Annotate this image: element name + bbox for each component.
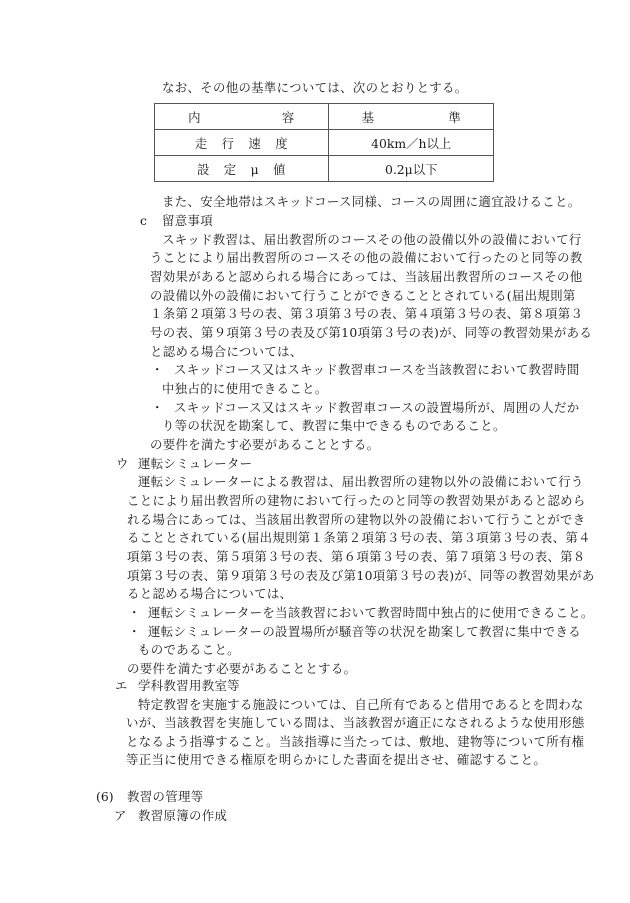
paragraph-line: 等正当に使用できる権原を明らかにした書面を提出させ、確認すること。 bbox=[126, 752, 546, 767]
paragraph-line: 習効果があると認められる場合にあっては、当該届出教習所のコースその他 bbox=[150, 269, 582, 284]
bullet-text: 運転シミュレーターを当該教習において教習時間中独占的に使用できること。 bbox=[148, 605, 594, 620]
bullet-text: り等の状況を勘案して、教習に集中できるものであること。 bbox=[162, 418, 506, 433]
section-u-marker: ウ bbox=[116, 456, 128, 471]
document-page: なお、その他の基準については、次のとおりとする。 内 容 基 準 走 行 速 度… bbox=[0, 0, 630, 903]
paragraph-line: 特定教習を実施する施設については、自己所有であると借用であるとを問わな bbox=[138, 697, 584, 712]
bullet-text: 中独占的に使用できること。 bbox=[162, 381, 328, 396]
table-cell-item: 設 定 μ 値 bbox=[155, 156, 329, 182]
paragraph-line: ると認める場合については、 bbox=[127, 586, 292, 601]
bullet-text: スキッドコース又はスキッド教習車コースを当該教習において教習時間 bbox=[174, 362, 579, 377]
table-cell-item: 走 行 速 度 bbox=[155, 130, 329, 156]
table-header-content: 内 容 bbox=[155, 104, 329, 130]
paragraph-line: の設備以外の設備において行うことができることとされている(届出規則第 bbox=[150, 288, 576, 303]
paragraph-line: 項第３号の表、第５項第３号の表、第６項第３号の表、第７項第３号の表、第８ bbox=[127, 549, 586, 564]
paragraph-line: ことにより届出教習所の建物において行ったのと同等の教習効果があると認めら bbox=[127, 493, 586, 508]
paragraph-line: れる場合にあっては、当該届出教習所の建物以外の設備において行うことができ bbox=[127, 512, 586, 527]
section-u-closing: の要件を満たす必要があることとする。 bbox=[127, 661, 356, 676]
safety-note: また、安全地帯はスキッドコース同様、コースの周囲に適宜設けること。 bbox=[162, 194, 580, 209]
paragraph-line: ることとされている(届出規則第１条第２項第３号の表、第３項第３号の表、第４ bbox=[127, 530, 591, 545]
criteria-table: 内 容 基 準 走 行 速 度 40km／h以上 設 定 μ 値 0.2μ以下 bbox=[154, 103, 494, 182]
paragraph-line: いが、当該教習を実施している間は、当該教習が適正になされるような使用形態 bbox=[126, 715, 585, 730]
bullet-text: 運転シミュレーターの設置場所が騒音等の状況を勘案して教習に集中できる bbox=[148, 624, 581, 639]
table-cell-value: 0.2μ以下 bbox=[329, 156, 494, 182]
section-c-title: 留意事項 bbox=[162, 213, 213, 228]
section-c-closing: の要件を満たす必要があることとする。 bbox=[150, 437, 379, 452]
bullet-marker: ・ bbox=[151, 400, 163, 415]
bullet-text: スキッドコース又はスキッド教習車コースの設置場所が、周囲の人だか bbox=[174, 400, 579, 415]
paragraph-line: と認める場合については、 bbox=[150, 344, 303, 359]
subsection-a-title: 教習原簿の作成 bbox=[138, 808, 227, 823]
bullet-marker: ・ bbox=[128, 605, 140, 620]
section-6-marker: (6) bbox=[96, 789, 114, 804]
section-6-title: 教習の管理等 bbox=[127, 789, 203, 804]
table-row: 設 定 μ 値 0.2μ以下 bbox=[155, 156, 494, 182]
paragraph-line: となるよう指導すること。当該指導に当たっては、敷地、建物等について所有権 bbox=[126, 734, 584, 749]
bullet-text: ものであること。 bbox=[138, 642, 240, 657]
table-header-row: 内 容 基 準 bbox=[155, 104, 494, 130]
section-c-marker: c bbox=[140, 213, 147, 228]
bullet-marker: ・ bbox=[128, 624, 140, 639]
paragraph-line: 号の表、第９項第３号の表及び第10項第３号の表)が、同等の教習効果がある bbox=[150, 325, 592, 340]
section-e-title: 学科教習用教室等 bbox=[138, 678, 240, 693]
paragraph-line: 項第３号の表、第９項第３号の表及び第10項第３号の表)が、同等の教習効果があ bbox=[127, 568, 595, 583]
intro-text: なお、その他の基準については、次のとおりとする。 bbox=[162, 80, 468, 95]
table-header-standard: 基 準 bbox=[329, 104, 494, 130]
table-row: 走 行 速 度 40km／h以上 bbox=[155, 130, 494, 156]
section-e-marker: エ bbox=[115, 678, 127, 693]
paragraph-line: うことにより届出教習所のコースその他の設備において行ったのと同等の教 bbox=[150, 250, 583, 265]
section-u-title: 運転シミュレーター bbox=[138, 456, 252, 471]
paragraph-line: スキッド教習は、届出教習所のコースその他の設備以外の設備において行 bbox=[162, 232, 582, 247]
table-cell-value: 40km／h以上 bbox=[329, 130, 494, 156]
paragraph-line: １条第２項第３号の表、第３項第３号の表、第４項第３号の表、第８項第３ bbox=[150, 306, 583, 321]
bullet-marker: ・ bbox=[151, 362, 163, 377]
subsection-a-marker: ア bbox=[114, 808, 126, 823]
paragraph-line: 運転シミュレーターによる教習は、届出教習所の建物以外の設備において行う bbox=[138, 474, 584, 489]
